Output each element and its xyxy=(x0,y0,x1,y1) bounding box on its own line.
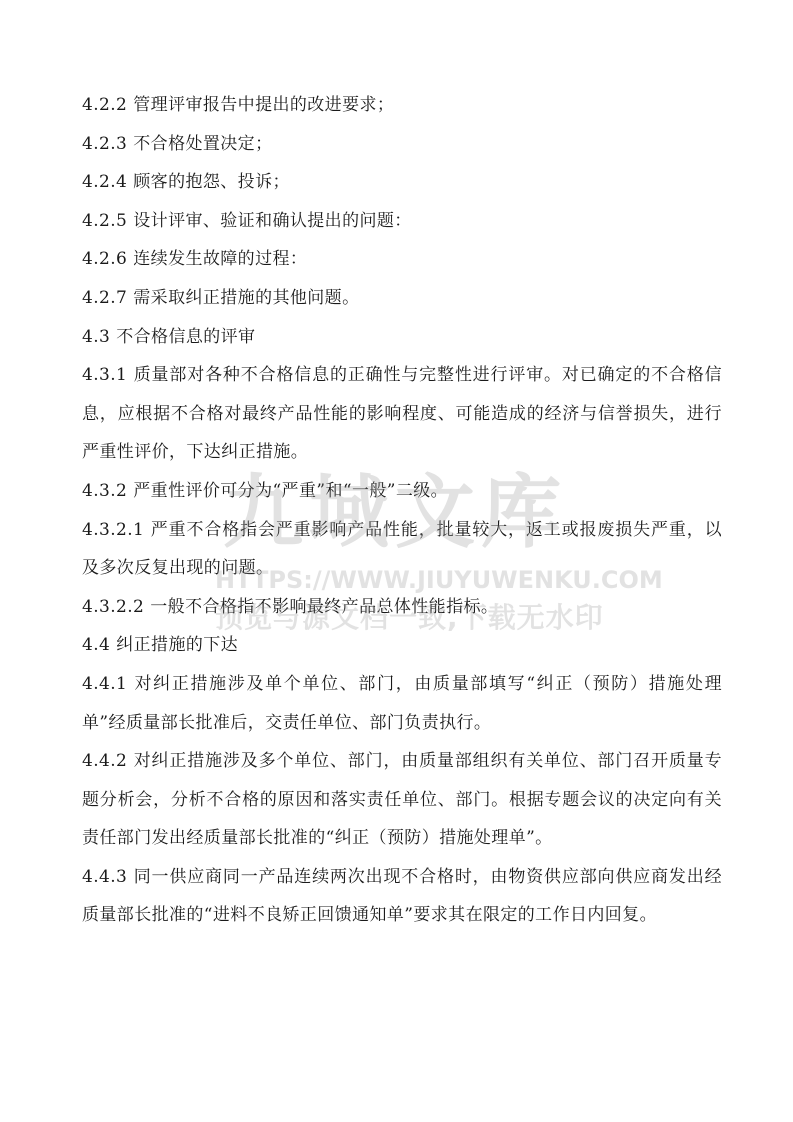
paragraph-text: 连续发生故障的过程： xyxy=(133,249,307,269)
document-body: 4.2.2管理评审报告中提出的改进要求； 4.2.3不合格处置决定； 4.2.4… xyxy=(82,86,722,935)
paragraph-text: 不合格处置决定； xyxy=(133,134,272,154)
paragraph-4-3-2-2: 4.3.2.2一般不合格指不影响最终产品总体性能指标。 xyxy=(82,588,722,627)
heading-text: 不合格信息的评审 xyxy=(116,327,255,347)
paragraph-text: 同一供应商同一产品连续两次出现不合格时，由物资供应部向供应商发出经质量部长批准的… xyxy=(82,867,722,926)
paragraph-4-2-6: 4.2.6连续发生故障的过程： xyxy=(82,240,722,279)
paragraph-4-3-2-1: 4.3.2.1严重不合格指会严重影响产品性能，批量较大，返工或报废损失严重，以及… xyxy=(82,511,722,588)
section-number: 4.4 xyxy=(82,635,110,655)
paragraph-text: 对纠正措施涉及多个单位、部门，由质量部组织有关单位、部门召开质量专题分析会，分析… xyxy=(82,751,722,848)
paragraph-4-2-3: 4.2.3不合格处置决定； xyxy=(82,125,722,164)
section-number: 4.3.2.1 xyxy=(82,520,144,540)
section-number: 4.4.1 xyxy=(82,674,127,694)
section-number: 4.3 xyxy=(82,327,110,347)
section-number: 4.2.6 xyxy=(82,249,127,269)
heading-4-3: 4.3不合格信息的评审 xyxy=(82,318,722,357)
document-page: 4.2.2管理评审报告中提出的改进要求； 4.2.3不合格处置决定； 4.2.4… xyxy=(0,0,793,1122)
section-number: 4.3.2 xyxy=(82,481,127,501)
paragraph-text: 需采取纠正措施的其他问题。 xyxy=(133,288,359,308)
heading-text: 纠正措施的下达 xyxy=(116,635,238,655)
paragraph-text: 严重性评价可分为“严重”和“一般”二级。 xyxy=(133,481,448,501)
section-number: 4.2.4 xyxy=(82,172,127,192)
section-number: 4.2.7 xyxy=(82,288,127,308)
heading-4-4: 4.4纠正措施的下达 xyxy=(82,626,722,665)
paragraph-4-2-2: 4.2.2管理评审报告中提出的改进要求； xyxy=(82,86,722,125)
paragraph-text: 管理评审报告中提出的改进要求； xyxy=(133,95,394,115)
paragraph-4-2-5: 4.2.5设计评审、验证和确认提出的问题： xyxy=(82,202,722,241)
paragraph-4-2-7: 4.2.7需采取纠正措施的其他问题。 xyxy=(82,279,722,318)
paragraph-4-4-1: 4.4.1对纠正措施涉及单个单位、部门，由质量部填写“纠正（预防）措施处理单”经… xyxy=(82,665,722,742)
section-number: 4.2.2 xyxy=(82,95,127,115)
section-number: 4.3.1 xyxy=(82,365,127,385)
paragraph-4-3-1: 4.3.1质量部对各种不合格信息的正确性与完整性进行评审。对已确定的不合格信息，… xyxy=(82,356,722,472)
section-number: 4.3.2.2 xyxy=(82,597,144,617)
paragraph-text: 顾客的抱怨、投诉； xyxy=(133,172,290,192)
paragraph-text: 设计评审、验证和确认提出的问题： xyxy=(133,211,411,231)
section-number: 4.4.2 xyxy=(82,751,127,771)
paragraph-text: 对纠正措施涉及单个单位、部门，由质量部填写“纠正（预防）措施处理单”经质量部长批… xyxy=(82,674,722,733)
paragraph-4-4-2: 4.4.2对纠正措施涉及多个单位、部门，由质量部组织有关单位、部门召开质量专题分… xyxy=(82,742,722,858)
section-number: 4.2.5 xyxy=(82,211,127,231)
section-number: 4.2.3 xyxy=(82,134,127,154)
paragraph-text: 质量部对各种不合格信息的正确性与完整性进行评审。对已确定的不合格信息，应根据不合… xyxy=(82,365,722,462)
section-number: 4.4.3 xyxy=(82,867,127,887)
paragraph-4-2-4: 4.2.4顾客的抱怨、投诉； xyxy=(82,163,722,202)
paragraph-text: 严重不合格指会严重影响产品性能，批量较大，返工或报废损失严重，以及多次反复出现的… xyxy=(82,520,722,579)
paragraph-4-4-3: 4.4.3同一供应商同一产品连续两次出现不合格时，由物资供应部向供应商发出经质量… xyxy=(82,858,722,935)
paragraph-4-3-2: 4.3.2严重性评价可分为“严重”和“一般”二级。 xyxy=(82,472,722,511)
paragraph-text: 一般不合格指不影响最终产品总体性能指标。 xyxy=(150,597,498,617)
